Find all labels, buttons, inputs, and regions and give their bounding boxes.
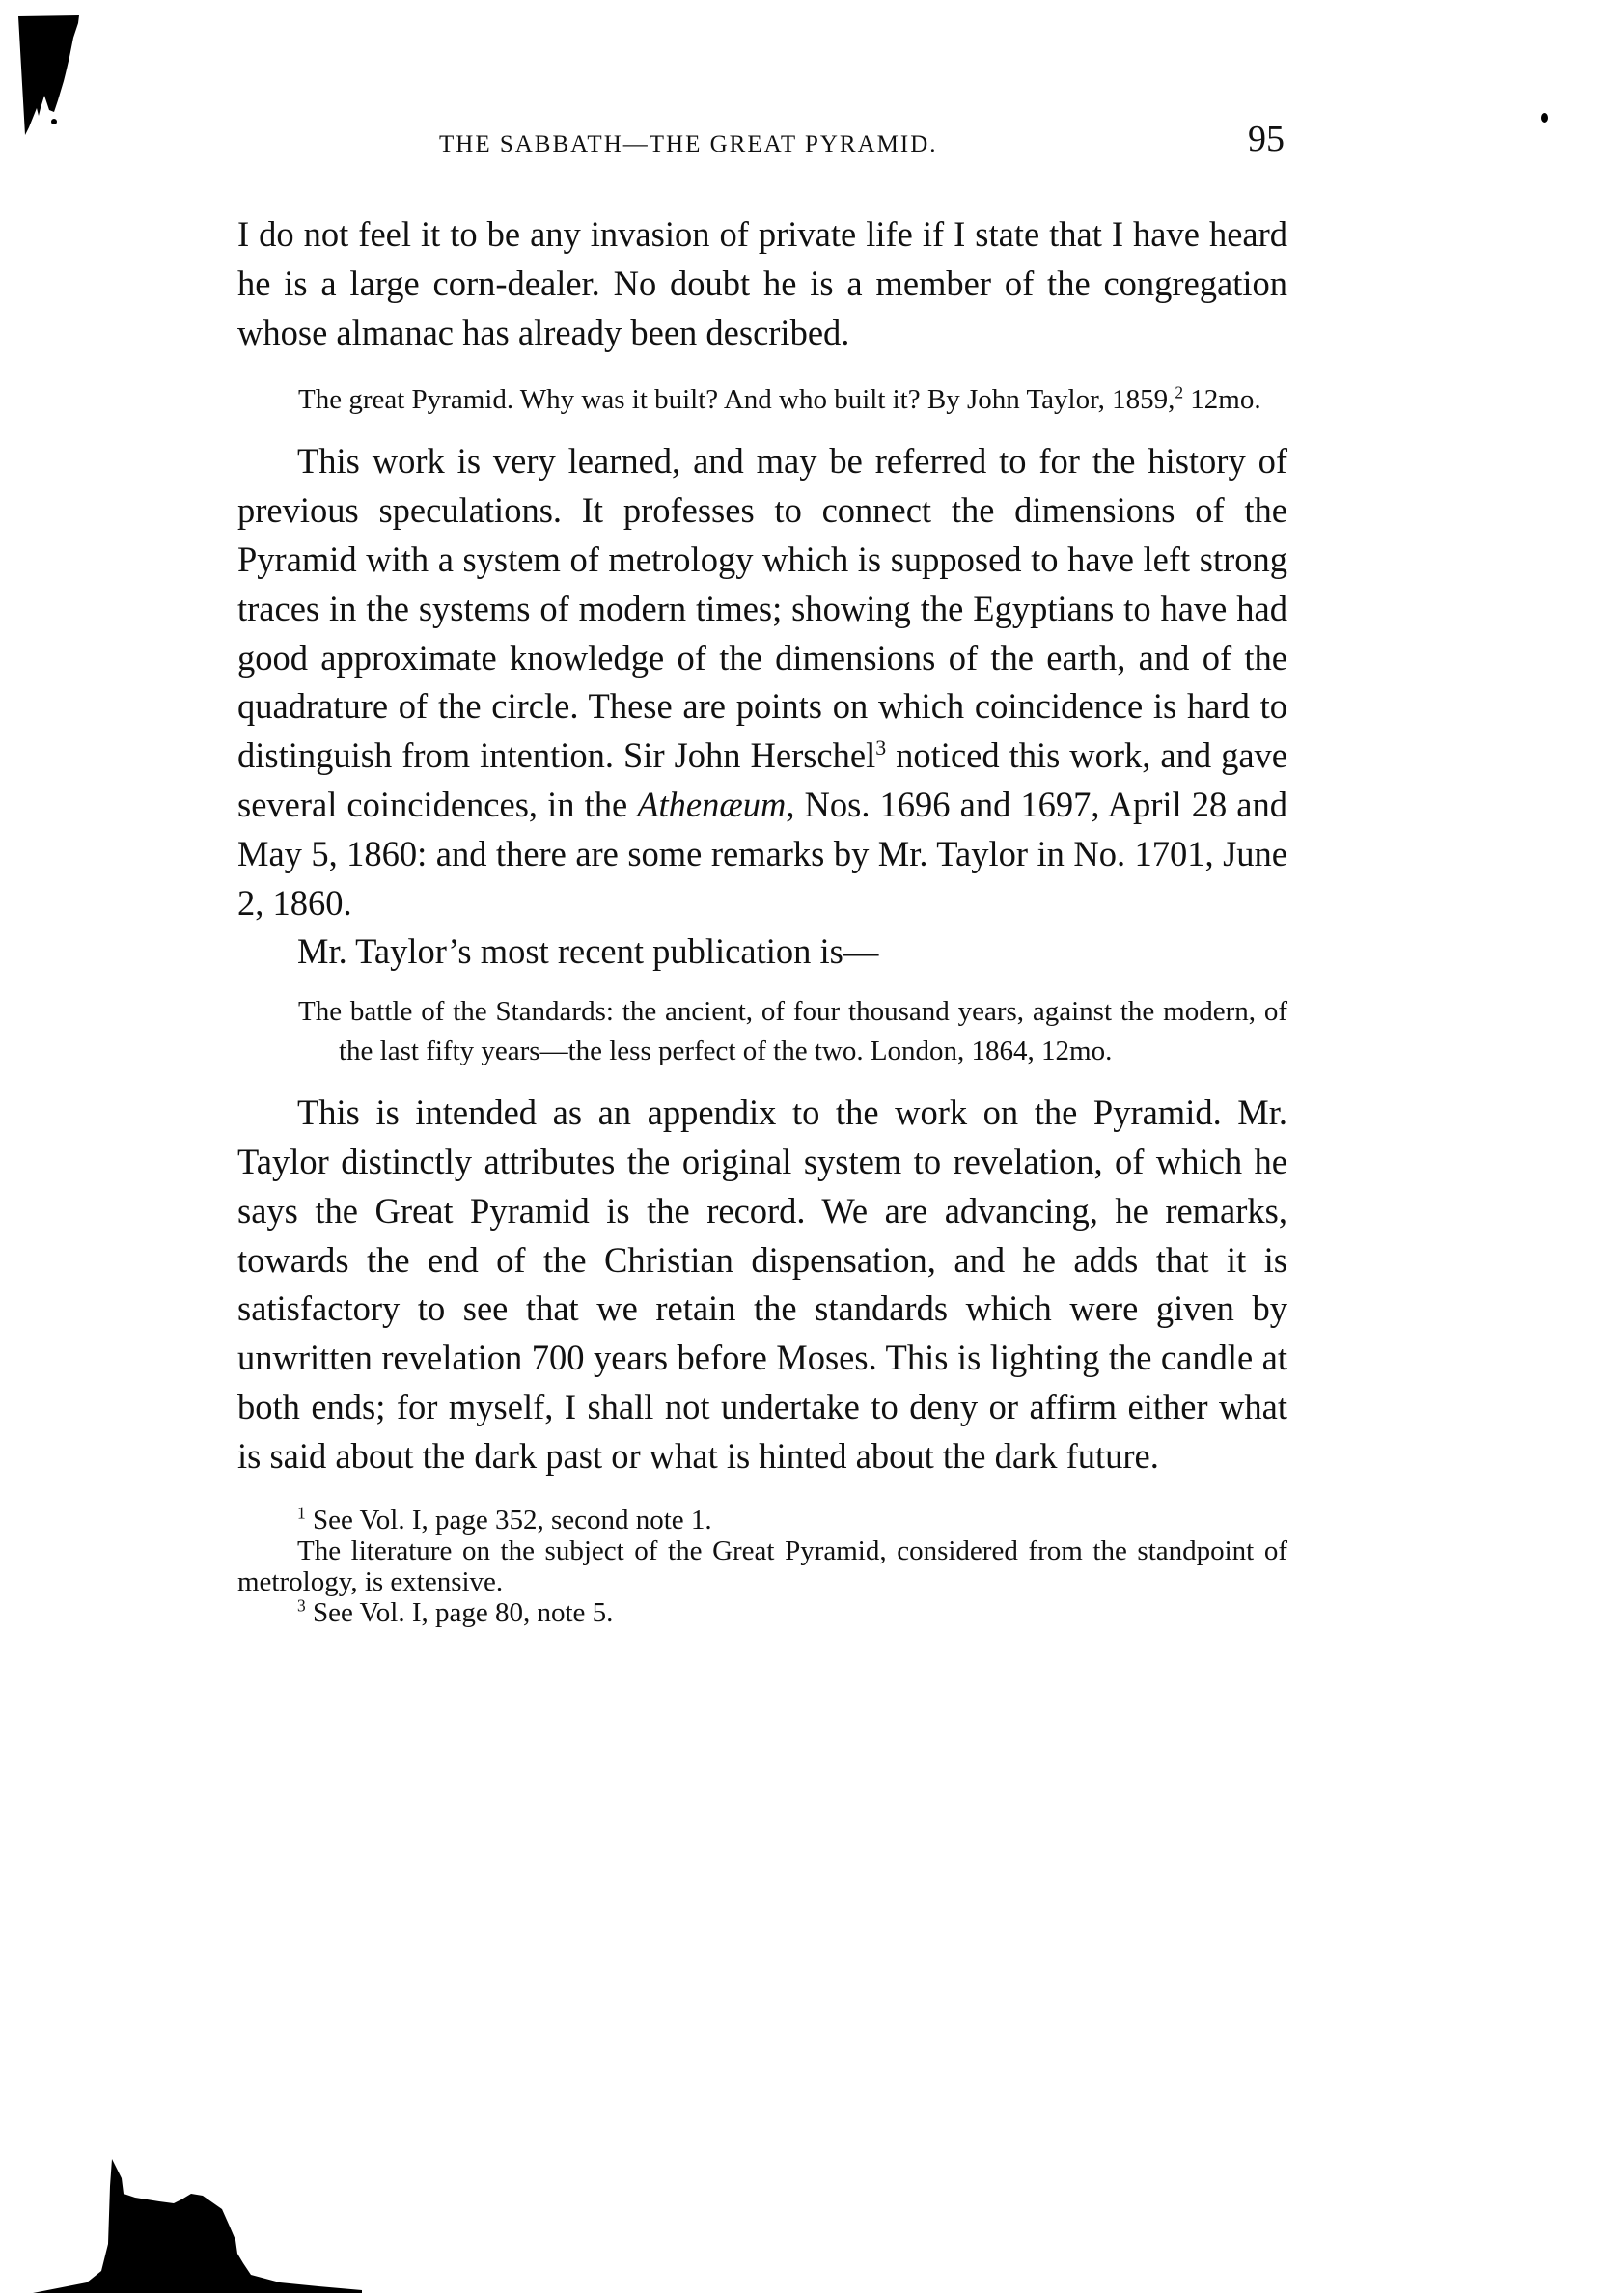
journal-title-athenaeum: Athenæum, xyxy=(637,785,794,824)
footnote-marker-3: 3 xyxy=(297,1595,306,1615)
biblio-1-suffix: 12mo. xyxy=(1183,384,1261,415)
footnote-2: The literature on the subject of the Gre… xyxy=(237,1535,1287,1597)
scan-artifact-top-left xyxy=(17,14,85,139)
footnote-2-text: The literature on the subject of the Gre… xyxy=(237,1535,1287,1597)
scan-speck xyxy=(1541,113,1548,123)
running-head: THE SABBATH—THE GREAT PYRAMID. xyxy=(439,131,938,158)
paragraph-4: This is intended as an appendix to the w… xyxy=(237,1089,1287,1480)
bibliography-entry-1: The great Pyramid. Why was it built? And… xyxy=(237,380,1287,420)
footnotes: 1 See Vol. I, page 352, second note 1. T… xyxy=(237,1505,1287,1628)
page-header: THE SABBATH—THE GREAT PYRAMID. 95 xyxy=(439,114,1288,162)
footnote-1-text: See Vol. I, page 352, second note 1. xyxy=(313,1505,712,1535)
footnote-ref-3: 3 xyxy=(875,735,886,760)
paragraph-3: Mr. Taylor’s most recent publication is— xyxy=(237,927,1287,977)
footnote-ref-2: 2 xyxy=(1175,383,1183,402)
footnote-1: 1 See Vol. I, page 352, second note 1. xyxy=(237,1505,1287,1535)
page-number: 95 xyxy=(1248,118,1285,160)
paragraph-1: I do not feel it to be any invasion of p… xyxy=(237,210,1287,357)
paragraph-2: This work is very learned, and may be re… xyxy=(237,437,1287,927)
scan-artifact-bottom-left xyxy=(29,2157,367,2296)
footnote-3-text: See Vol. I, page 80, note 5. xyxy=(313,1597,613,1628)
bibliography-entry-2: The battle of the Standards: the ancient… xyxy=(237,992,1287,1071)
paragraph-2-part-1: This work is very learned, and may be re… xyxy=(237,441,1287,775)
biblio-1-text: The great Pyramid. Why was it built? And… xyxy=(298,384,1175,415)
footnote-marker-1: 1 xyxy=(297,1503,306,1522)
footnote-3: 3 See Vol. I, page 80, note 5. xyxy=(237,1597,1287,1628)
body-text: I do not feel it to be any invasion of p… xyxy=(237,210,1287,1628)
